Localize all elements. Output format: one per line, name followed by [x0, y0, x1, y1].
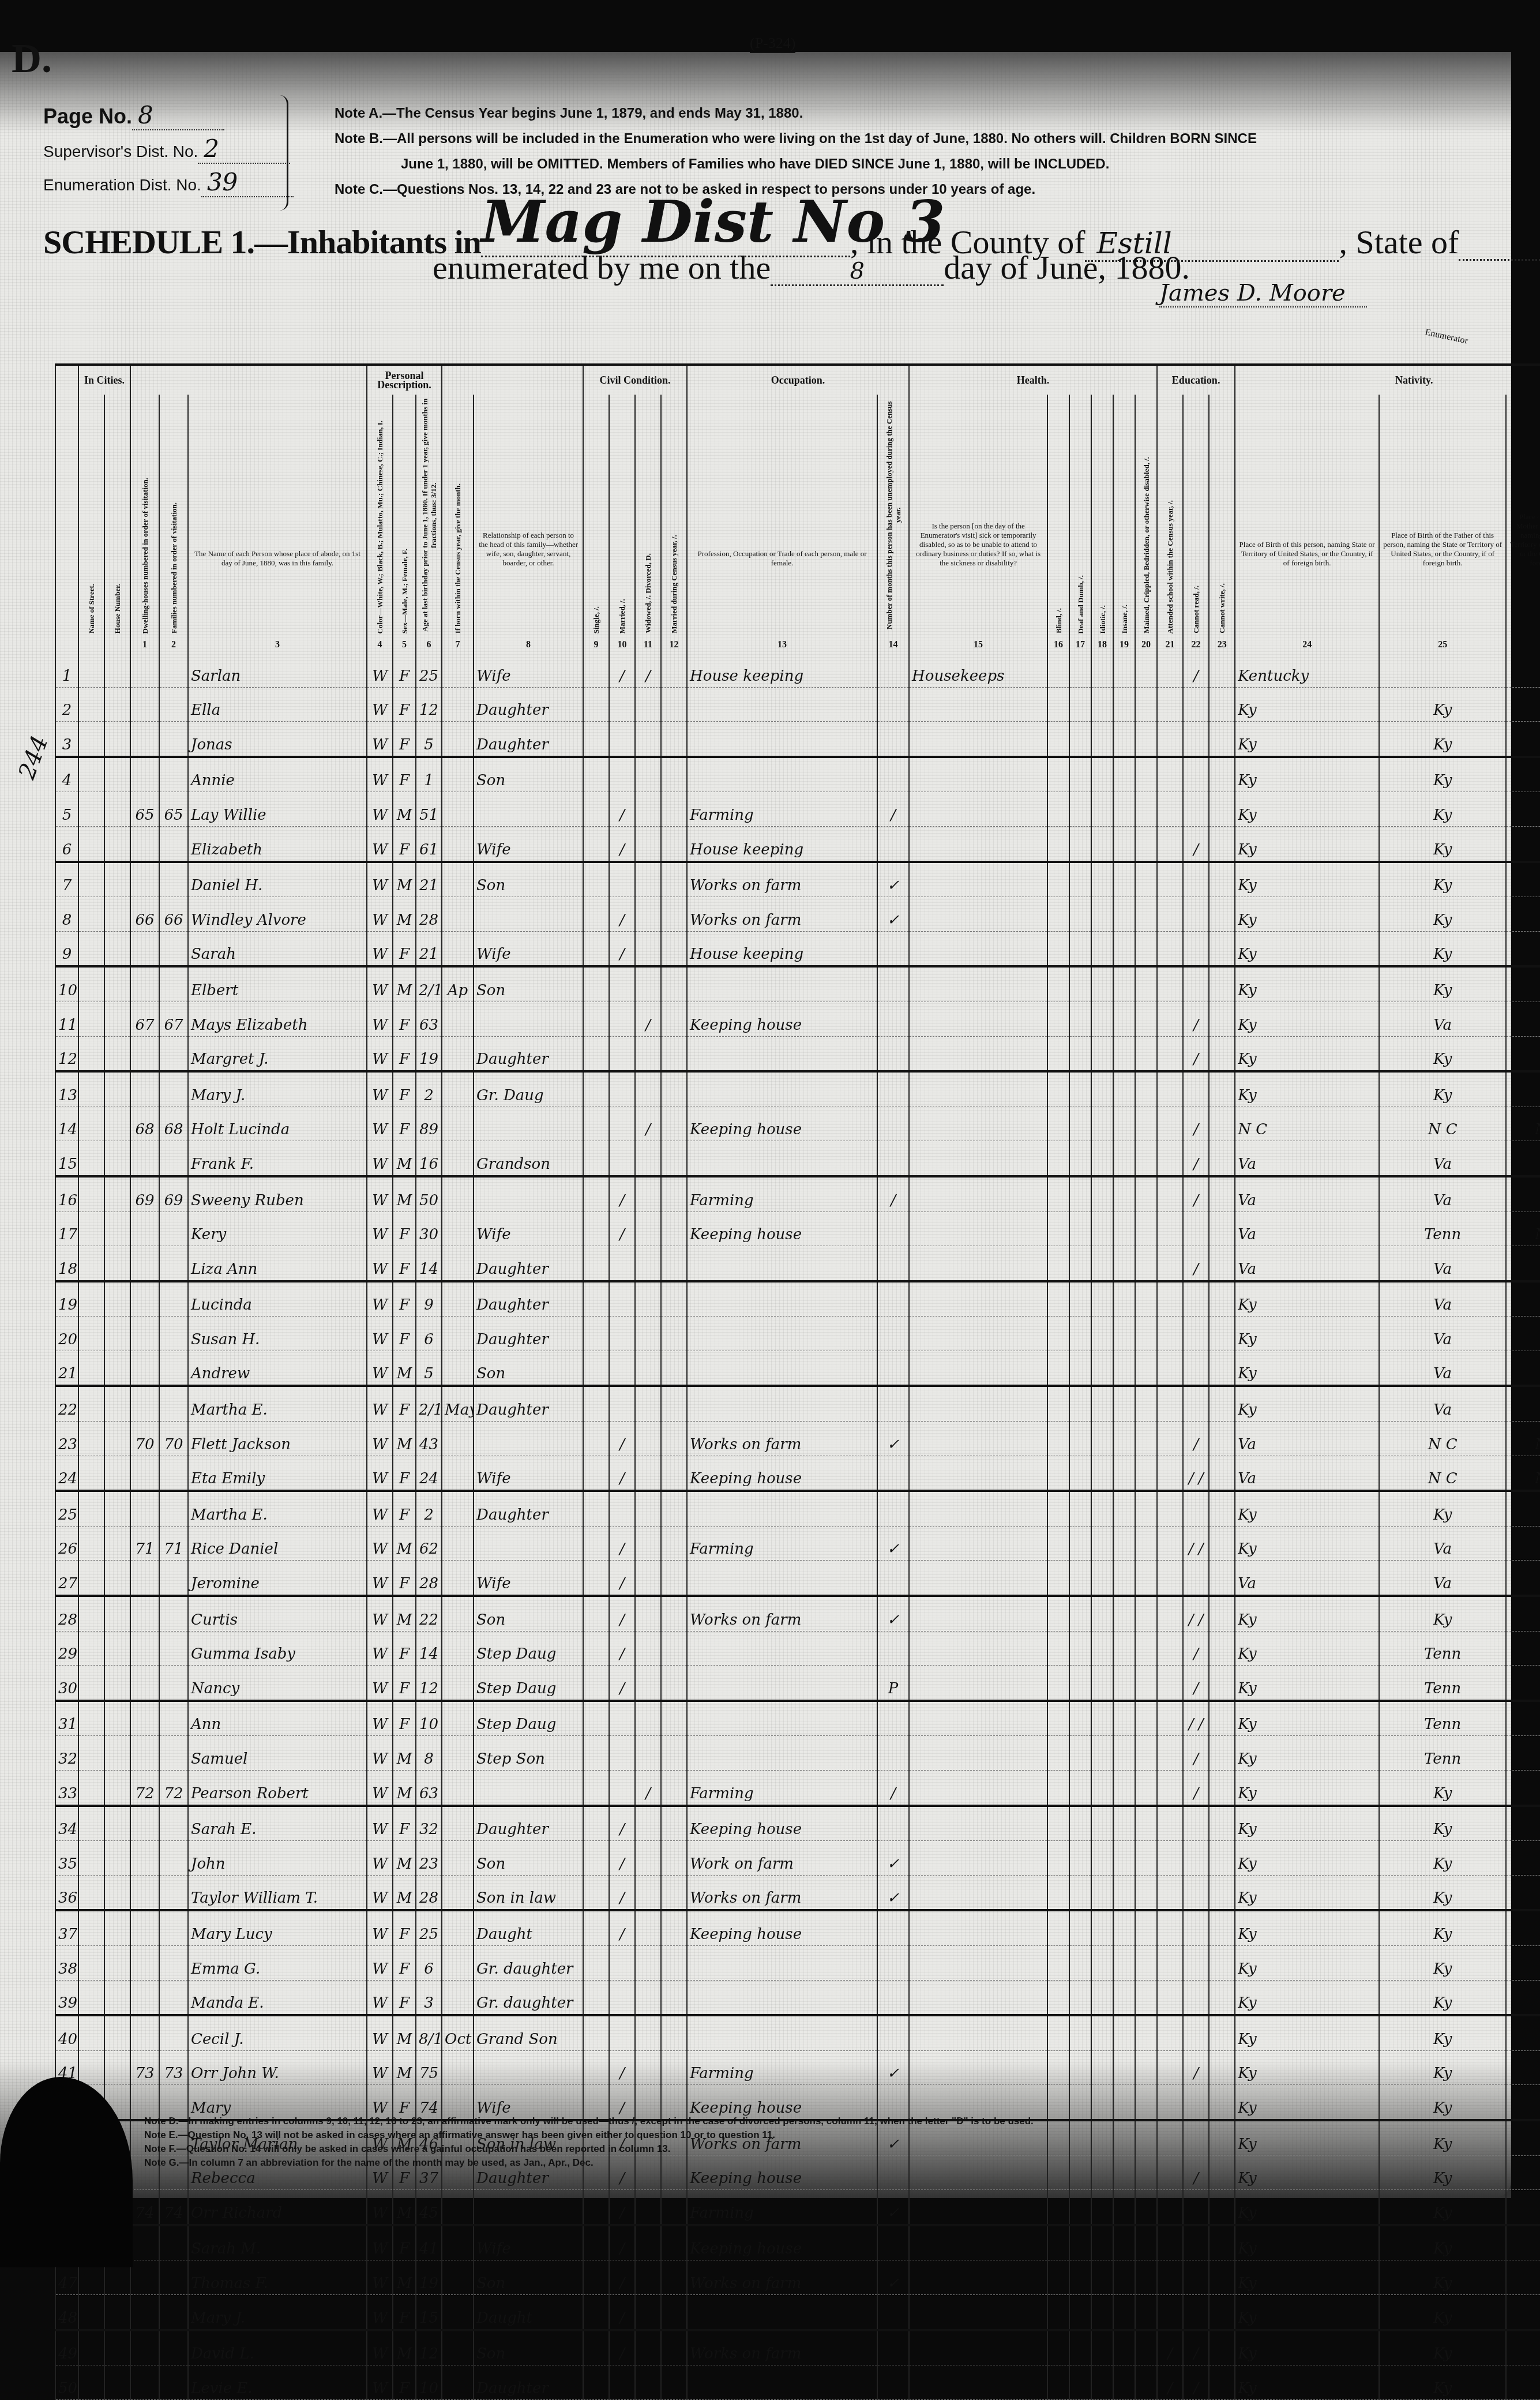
age-cell: 25 [416, 653, 442, 687]
sickness-cell [909, 1910, 1047, 1945]
street-cell [78, 1386, 104, 1421]
enumerated-day: 8 [771, 258, 944, 286]
birthplace-cell: Va [1235, 1246, 1379, 1281]
attended-school-cell [1157, 1386, 1183, 1421]
single-cell [583, 1806, 609, 1841]
single-cell [583, 1107, 609, 1141]
married-cell: / [609, 792, 635, 827]
occupation-cell: Keeping house [687, 2225, 877, 2238]
header-family: Families numbered in order of visitation… [159, 395, 188, 637]
married-cell: / [609, 1841, 635, 1876]
street-cell [78, 1212, 104, 1246]
house-number-cell [104, 1386, 130, 1421]
widowed-cell [635, 1875, 661, 1910]
census-row: 21AndrewWM5SonKyVaVa [55, 1351, 1540, 1386]
birth-month-cell [442, 722, 474, 757]
line-number-header [55, 395, 78, 637]
single-cell [583, 1491, 609, 1526]
dwelling-number: 74 [130, 2190, 159, 2225]
column-group-row: In Cities. Personal Description. Civil C… [55, 365, 1540, 395]
relationship-cell: Son in law [474, 1875, 583, 1910]
occupation-cell: House keeping [687, 653, 877, 687]
color-cell: W [367, 1422, 393, 1456]
father-birthplace-cell: Ky [1379, 1491, 1506, 1526]
insane-cell [1113, 1596, 1135, 1631]
attended-school-cell [1157, 1841, 1183, 1876]
idiotic-cell [1091, 1945, 1113, 1980]
birth-month-cell: May [442, 1386, 474, 1421]
cannot-read-cell: / [1183, 1666, 1209, 1701]
num-11: 11 [635, 637, 661, 653]
dwelling-number: 68 [130, 1107, 159, 1141]
maimed-cell [1135, 1806, 1157, 1841]
married-census-year-cell [661, 1980, 687, 2015]
birth-month-cell [442, 1002, 474, 1036]
cannot-write-cell [1209, 722, 1235, 757]
father-birthplace-cell [1379, 653, 1506, 687]
blind-cell [1047, 1526, 1069, 1561]
blind-cell [1047, 2120, 1069, 2155]
mother-birthplace-cell: Ky [1506, 2190, 1540, 2225]
unemployed-cell [877, 1071, 909, 1107]
cannot-write-cell [1209, 1212, 1235, 1246]
note-a: Note A.—The Census Year begins June 1, 1… [335, 101, 1477, 126]
widowed-cell [635, 1386, 661, 1421]
age-cell: 3 [416, 1980, 442, 2015]
person-name: Susan H. [188, 1317, 367, 1351]
num-9: 9 [583, 637, 609, 653]
street-cell [78, 966, 104, 1002]
relationship-cell: Wife [474, 1456, 583, 1491]
insane-cell [1113, 722, 1135, 757]
street-cell [78, 897, 104, 932]
street-cell [78, 1456, 104, 1491]
cannot-write-cell [1209, 826, 1235, 861]
census-row: 3JonasWF5DaughterKyKyKy [55, 722, 1540, 757]
occupation-cell [687, 1386, 877, 1421]
house-number-cell [104, 931, 130, 966]
census-row: 15Frank F.WM16Grandson/VaVaVa [55, 1141, 1540, 1176]
num-3: 3 [188, 637, 367, 653]
blind-cell [1047, 2225, 1069, 2238]
age-cell: 63 [416, 1002, 442, 1036]
cannot-read-cell [1183, 1281, 1209, 1317]
married-census-year-cell [661, 1631, 687, 1666]
deaf-dumb-cell [1069, 1002, 1091, 1036]
street-cell [78, 792, 104, 827]
idiotic-cell [1091, 653, 1113, 687]
married-cell [609, 1736, 635, 1771]
maimed-cell [1135, 757, 1157, 792]
idiotic-cell [1091, 1631, 1113, 1666]
deaf-dumb-cell [1069, 1246, 1091, 1281]
dwelling-number [130, 1841, 159, 1876]
cannot-read-cell [1183, 1561, 1209, 1596]
maimed-cell [1135, 862, 1157, 897]
family-number [159, 1631, 188, 1666]
mother-birthplace-cell: Ky [1506, 2015, 1540, 2050]
cannot-write-cell [1209, 1386, 1235, 1421]
header-married: Married, /. [609, 395, 635, 637]
married-census-year-cell [661, 1071, 687, 1107]
sex-cell: F [393, 2225, 416, 2238]
maimed-cell [1135, 1980, 1157, 2015]
birth-month-cell [442, 653, 474, 687]
cannot-write-cell [1209, 1351, 1235, 1386]
maimed-cell [1135, 1910, 1157, 1945]
married-cell [609, 687, 635, 722]
family-number [159, 1561, 188, 1596]
color-cell: W [367, 826, 393, 861]
married-census-year-cell [661, 1701, 687, 1736]
sex-cell: M [393, 1841, 416, 1876]
mother-birthplace-cell: Ky [1506, 2120, 1540, 2155]
father-birthplace-cell: Ky [1379, 2120, 1506, 2155]
married-census-year-cell [661, 1841, 687, 1876]
father-birthplace-cell: N C [1379, 1456, 1506, 1491]
house-number-cell [104, 1351, 130, 1386]
dwelling-number [130, 1036, 159, 1071]
father-birthplace-cell: Va [1379, 1351, 1506, 1386]
relationship-cell: Step Daug [474, 1631, 583, 1666]
sex-cell: F [393, 687, 416, 722]
idiotic-cell [1091, 1176, 1113, 1212]
house-number-cell [104, 1491, 130, 1526]
color-cell: W [367, 1771, 393, 1806]
family-number [159, 1806, 188, 1841]
relationship-cell [474, 1107, 583, 1141]
idiotic-cell [1091, 722, 1113, 757]
line-number: 36 [55, 1875, 78, 1910]
group-personal: Personal Description. [367, 365, 442, 395]
person-name: Martha E. [188, 1491, 367, 1526]
widowed-cell [635, 1701, 661, 1736]
father-birthplace-cell: Ky [1379, 931, 1506, 966]
insane-cell [1113, 1806, 1135, 1841]
idiotic-cell [1091, 1317, 1113, 1351]
blind-cell [1047, 1071, 1069, 1107]
widowed-cell [635, 1491, 661, 1526]
sickness-cell [909, 1945, 1047, 1980]
blind-cell [1047, 722, 1069, 757]
birth-month-cell [442, 931, 474, 966]
unemployed-cell [877, 1386, 909, 1421]
dwelling-number [130, 931, 159, 966]
insane-cell [1113, 826, 1135, 861]
line-number: 7 [55, 862, 78, 897]
attended-school-cell [1157, 862, 1183, 897]
dwelling-number: 66 [130, 897, 159, 932]
unemployed-cell: ✓ [877, 1841, 909, 1876]
cannot-write-cell [1209, 1806, 1235, 1841]
header-dwelling: Dwelling-houses numbered in order of vis… [130, 395, 159, 637]
married-cell: / [609, 1666, 635, 1701]
blind-cell [1047, 1491, 1069, 1526]
sex-cell: F [393, 1491, 416, 1526]
line-number: 30 [55, 1666, 78, 1701]
birthplace-cell: Ky [1235, 1910, 1379, 1945]
married-census-year-cell [661, 826, 687, 861]
color-cell: W [367, 1561, 393, 1596]
cannot-write-cell [1209, 1107, 1235, 1141]
relationship-cell [474, 2050, 583, 2085]
father-birthplace-cell: Ky [1379, 2015, 1506, 2050]
married-census-year-cell [661, 1281, 687, 1317]
age-cell: 8 [416, 1736, 442, 1771]
birth-month-cell [442, 1107, 474, 1141]
maimed-cell [1135, 1317, 1157, 1351]
dwelling-number: 72 [130, 1771, 159, 1806]
age-cell: 61 [416, 826, 442, 861]
single-cell [583, 1945, 609, 1980]
supervisor-row: Supervisor's Dist. No. 2 [43, 134, 294, 168]
married-cell [609, 1351, 635, 1386]
cannot-write-cell [1209, 1176, 1235, 1212]
street-cell [78, 1596, 104, 1631]
blind-cell [1047, 1596, 1069, 1631]
house-number-cell [104, 1561, 130, 1596]
birth-month-cell [442, 1176, 474, 1212]
color-cell: W [367, 1107, 393, 1141]
attended-school-cell [1157, 1945, 1183, 1980]
birth-month-cell [442, 1317, 474, 1351]
single-cell [583, 1176, 609, 1212]
num-17: 17 [1069, 637, 1091, 653]
widowed-cell [635, 1317, 661, 1351]
married-cell [609, 1002, 635, 1036]
age-cell: 1 [416, 757, 442, 792]
relationship-cell [474, 897, 583, 932]
maimed-cell [1135, 722, 1157, 757]
person-name: Sarah [188, 931, 367, 966]
single-cell [583, 1036, 609, 1071]
single-cell [583, 2190, 609, 2225]
num-house [104, 637, 130, 653]
relationship-cell: Step Son [474, 1736, 583, 1771]
dwelling-number [130, 1806, 159, 1841]
sex-cell: M [393, 1875, 416, 1910]
line-number: 39 [55, 1980, 78, 2015]
house-number-cell [104, 1736, 130, 1771]
relationship-cell: Daughter [474, 1386, 583, 1421]
cannot-read-cell [1183, 1351, 1209, 1386]
color-cell: W [367, 687, 393, 722]
cannot-read-cell [1183, 2225, 1209, 2238]
census-row: 86666Windley AlvoreWM28/Works on farm✓Ky… [55, 897, 1540, 932]
unemployed-cell [877, 1317, 909, 1351]
attended-school-cell [1157, 1491, 1183, 1526]
widowed-cell [635, 1841, 661, 1876]
dwelling-number [130, 1071, 159, 1107]
cannot-read-cell [1183, 862, 1209, 897]
unemployed-cell: P [877, 1666, 909, 1701]
relationship-cell: Daughter [474, 1281, 583, 1317]
line-number: 26 [55, 1526, 78, 1561]
census-row: 39Manda E.WF3Gr. daughterKyKyKy [55, 1980, 1540, 2015]
line-number: 29 [55, 1631, 78, 1666]
house-number-cell [104, 1176, 130, 1212]
single-cell [583, 1456, 609, 1491]
cannot-write-cell [1209, 1841, 1235, 1876]
num-19: 19 [1113, 637, 1135, 653]
header-sickness: Is the person [on the day of the Enumera… [909, 395, 1047, 637]
blind-cell [1047, 2190, 1069, 2225]
married-census-year-cell [661, 1386, 687, 1421]
relationship-cell: Daughter [474, 1246, 583, 1281]
line-number: 32 [55, 1736, 78, 1771]
color-cell: W [367, 1002, 393, 1036]
cannot-read-cell [1183, 2190, 1209, 2225]
unemployed-cell [877, 2015, 909, 2050]
note-b: Note B.—All persons will be included in … [335, 126, 1477, 152]
unemployed-cell [877, 1701, 909, 1736]
unemployed-cell: / [877, 1176, 909, 1212]
single-cell [583, 1596, 609, 1631]
mother-birthplace-cell: Va [1506, 1631, 1540, 1666]
birthplace-cell: Ky [1235, 2015, 1379, 2050]
birthplace-cell: Ky [1235, 1701, 1379, 1736]
occupation-cell [687, 1666, 877, 1701]
married-census-year-cell [661, 1596, 687, 1631]
idiotic-cell [1091, 1841, 1113, 1876]
cannot-write-cell [1209, 653, 1235, 687]
occupation-cell [687, 1071, 877, 1107]
unemployed-cell [877, 1036, 909, 1071]
birthplace-cell: Va [1235, 1176, 1379, 1212]
street-cell [78, 1631, 104, 1666]
num-line [55, 637, 78, 653]
header-idiotic: Idiotic, /. [1091, 395, 1113, 637]
single-cell [583, 2225, 609, 2238]
insane-cell [1113, 1351, 1135, 1386]
sickness-cell [909, 1561, 1047, 1596]
enumeration-row: Enumeration Dist. No. 39 [43, 168, 294, 201]
birthplace-cell: Ky [1235, 1071, 1379, 1107]
relationship-cell [474, 792, 583, 827]
idiotic-cell [1091, 1561, 1113, 1596]
insane-cell [1113, 757, 1135, 792]
unemployed-cell [877, 2225, 909, 2238]
cannot-read-cell: / [1183, 2155, 1209, 2190]
birthplace-cell: Ky [1235, 1317, 1379, 1351]
color-cell: W [367, 1281, 393, 1317]
single-cell [583, 1631, 609, 1666]
blind-cell [1047, 757, 1069, 792]
married-census-year-cell [661, 1176, 687, 1212]
sickness-cell [909, 2225, 1047, 2238]
maimed-cell [1135, 1212, 1157, 1246]
deaf-dumb-cell [1069, 1806, 1091, 1841]
person-name: Taylor William T. [188, 1875, 367, 1910]
single-cell [583, 1386, 609, 1421]
insane-cell [1113, 2015, 1135, 2050]
blind-cell [1047, 1456, 1069, 1491]
birthplace-cell: Ky [1235, 1875, 1379, 1910]
married-census-year-cell [661, 966, 687, 1002]
dwelling-number: 67 [130, 1002, 159, 1036]
age-cell: 45 [416, 2190, 442, 2225]
house-number-cell [104, 1141, 130, 1176]
sex-cell: M [393, 2015, 416, 2050]
dwelling-number [130, 1246, 159, 1281]
footnote-g: Note G.—In column 7 an abbreviation for … [144, 2156, 1034, 2170]
dwelling-number [130, 1491, 159, 1526]
insane-cell [1113, 966, 1135, 1002]
census-row: 31AnnWF10Step Daug/ /KyTennVa [55, 1701, 1540, 1736]
num-8: 8 [474, 637, 583, 653]
house-number-cell [104, 1456, 130, 1491]
blind-cell [1047, 826, 1069, 861]
unemployed-cell [877, 1945, 909, 1980]
father-birthplace-cell: Ky [1379, 2225, 1506, 2238]
maimed-cell [1135, 966, 1157, 1002]
group-blank-2 [442, 365, 583, 395]
color-cell: W [367, 1071, 393, 1107]
cannot-read-cell: / [1183, 1176, 1209, 1212]
married-census-year-cell [661, 722, 687, 757]
birth-month-cell: Oct [442, 2015, 474, 2050]
house-number-cell [104, 2015, 130, 2050]
street-cell [78, 1246, 104, 1281]
color-cell: W [367, 1526, 393, 1561]
married-census-year-cell [661, 1212, 687, 1246]
attended-school-cell [1157, 757, 1183, 792]
deaf-dumb-cell [1069, 2225, 1091, 2238]
blind-cell [1047, 1176, 1069, 1212]
insane-cell [1113, 1246, 1135, 1281]
attended-school-cell [1157, 1875, 1183, 1910]
occupation-cell: Works on farm [687, 1596, 877, 1631]
cannot-read-cell: / [1183, 1736, 1209, 1771]
dwelling-number [130, 1596, 159, 1631]
sex-cell: M [393, 1422, 416, 1456]
birth-month-cell [442, 1666, 474, 1701]
deaf-dumb-cell [1069, 1980, 1091, 2015]
birth-month-cell [442, 826, 474, 861]
birthplace-cell: Ky [1235, 1281, 1379, 1317]
blind-cell [1047, 792, 1069, 827]
occupation-cell [687, 1317, 877, 1351]
age-cell: 24 [416, 1456, 442, 1491]
cannot-read-cell: / / [1183, 1596, 1209, 1631]
cannot-write-cell [1209, 1246, 1235, 1281]
color-cell: W [367, 1491, 393, 1526]
mother-birthplace-cell: Ky [1506, 687, 1540, 722]
father-birthplace-cell: Va [1379, 1526, 1506, 1561]
dwelling-number [130, 1456, 159, 1491]
house-number-cell [104, 1910, 130, 1945]
line-number: 35 [55, 1841, 78, 1876]
street-cell [78, 862, 104, 897]
insane-cell [1113, 897, 1135, 932]
cannot-write-cell [1209, 1596, 1235, 1631]
attended-school-cell [1157, 1456, 1183, 1491]
single-cell [583, 2015, 609, 2050]
maimed-cell [1135, 1002, 1157, 1036]
married-census-year-cell [661, 1771, 687, 1806]
attended-school-cell [1157, 792, 1183, 827]
street-cell [78, 1945, 104, 1980]
line-number: 27 [55, 1561, 78, 1596]
census-row: 417373Orr John W.WM75/Farming✓/KyKyKy [55, 2050, 1540, 2085]
header-house-number: House Number. [104, 395, 130, 637]
house-number-cell [104, 1875, 130, 1910]
line-col-group [55, 365, 78, 395]
num-5: 5 [393, 637, 416, 653]
married-cell [609, 1771, 635, 1806]
widowed-cell [635, 1246, 661, 1281]
unemployed-cell [877, 1910, 909, 1945]
